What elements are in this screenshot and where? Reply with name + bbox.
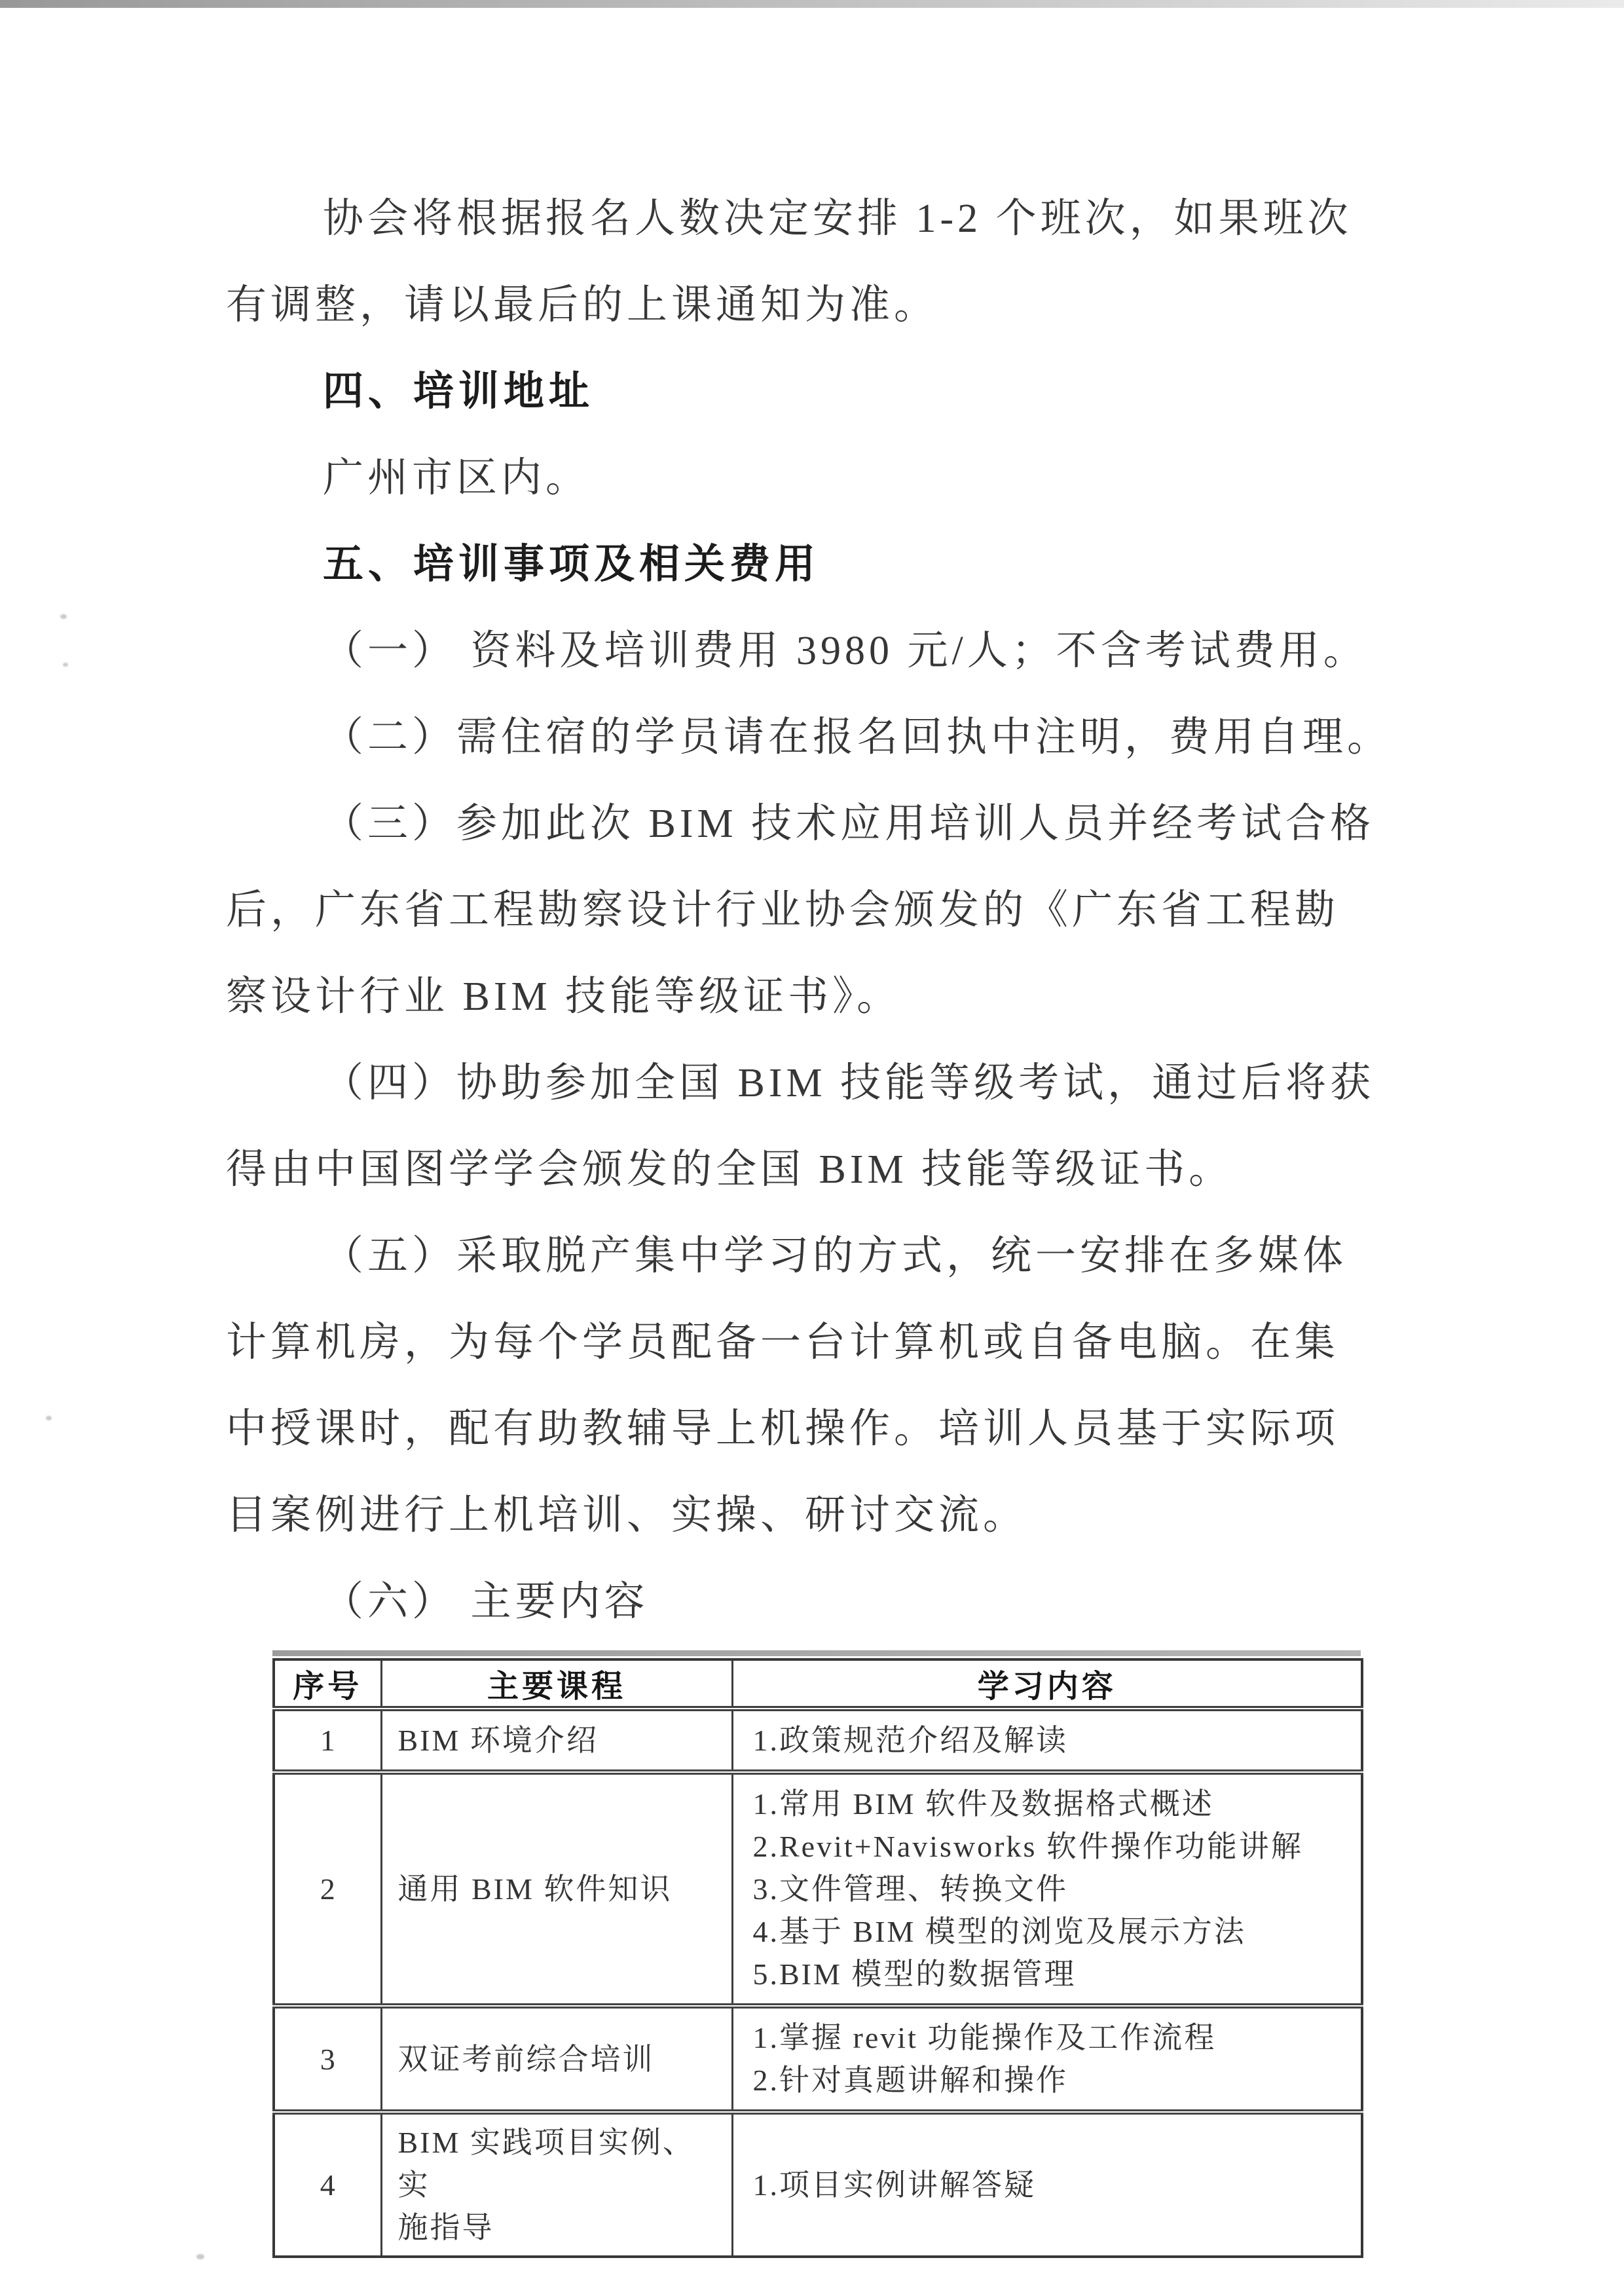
scan-speck [63,663,68,667]
cell-learning-content: 1.政策规范介绍及解读 [732,1709,1362,1772]
paragraph-address: 广州市区内。 [226,435,1401,521]
text-line: （二）需住宿的学员请在报名回执中注明，费用自理。 [226,694,1401,781]
cell-text-line: 2.Revit+Navisworks 软件操作功能讲解 [753,1825,1352,1868]
cell-course: 双证考前综合培训 [381,2006,732,2112]
cell-text-line: 通用 BIM 软件知识 [398,1868,722,1910]
col-header-course: 主要课程 [381,1659,732,1709]
cell-text-line: 1.项目实例讲解答疑 [753,2164,1352,2206]
table-row-4: 4 BIM 实践项目实例、实 施指导 1.项目实例讲解答疑 [274,2112,1362,2257]
paragraph-item-3-provincial-certificate: （三）参加此次 BIM 技术应用培训人员并经考试合格 后，广东省工程勘察设计行业… [226,781,1401,1040]
paragraph-item-6-main-content: （六） 主要内容 [226,1559,1401,1645]
course-table-wrap: 序号 主要课程 学习内容 1 BIM 环境介绍 1.政策规范介绍及解读 2 [272,1650,1361,2258]
paragraph-item-4-national-certificate: （四）协助参加全国 BIM 技能等级考试，通过后将获 得由中国图学学会颁发的全国… [226,1040,1401,1213]
heading-text: 四、培训地址 [226,348,1401,435]
cell-course: BIM 实践项目实例、实 施指导 [381,2112,732,2257]
scan-speck [60,614,67,619]
cell-text-line: BIM 环境介绍 [398,1719,722,1762]
cell-text-line: 3.文件管理、转换文件 [753,1868,1352,1910]
cell-row-no: 3 [274,2006,381,2112]
document-page: 协会将根据报名人数决定安排 1-2 个班次，如果班次 有调整，请以最后的上课通知… [0,0,1624,2258]
cell-text-line: 双证考前综合培训 [398,2038,722,2081]
course-table: 序号 主要课程 学习内容 1 BIM 环境介绍 1.政策规范介绍及解读 2 [272,1658,1363,2258]
paragraph-item-1-fee: （一） 资料及培训费用 3980 元/人；不含考试费用。 [226,608,1401,694]
scan-artifact-table-shadow [272,1650,1361,1656]
paragraph-item-5-study-mode: （五）采取脱产集中学习的方式，统一安排在多媒体 计算机房，为每个学员配备一台计算… [226,1213,1401,1559]
cell-text-line: 2.针对真题讲解和操作 [753,2059,1352,2102]
text-line: 协会将根据报名人数决定安排 1-2 个班次，如果班次 [226,176,1401,262]
heading-section-4-training-address: 四、培训地址 [226,348,1401,435]
text-line: 察设计行业 BIM 技能等级证书》。 [226,954,1401,1040]
cell-row-no: 2 [274,1772,381,2006]
col-header-no: 序号 [274,1659,381,1709]
scan-artifact-top-edge [0,0,1624,8]
cell-course: BIM 环境介绍 [381,1709,732,1772]
cell-text-line: 1.常用 BIM 软件及数据格式概述 [753,1783,1352,1825]
text-line: 有调整，请以最后的上课通知为准。 [226,262,1401,348]
col-header-learning-content: 学习内容 [732,1659,1362,1709]
cell-learning-content: 1.项目实例讲解答疑 [732,2112,1362,2257]
cell-course: 通用 BIM 软件知识 [381,1772,732,2006]
text-line: 广州市区内。 [226,435,1401,521]
scan-speck [46,1416,52,1420]
heading-text: 五、培训事项及相关费用 [226,521,1401,608]
cell-learning-content: 1.掌握 revit 功能操作及工作流程 2.针对真题讲解和操作 [732,2006,1362,2112]
cell-row-no: 1 [274,1709,381,1772]
text-line: 计算机房，为每个学员配备一台计算机或自备电脑。在集 [226,1299,1401,1386]
table-row-1: 1 BIM 环境介绍 1.政策规范介绍及解读 [274,1709,1362,1772]
cell-text-line: 1.掌握 revit 功能操作及工作流程 [753,2016,1352,2059]
text-line: （六） 主要内容 [226,1559,1401,1645]
cell-text-line: 5.BIM 模型的数据管理 [753,1953,1352,1995]
text-line: 目案例进行上机培训、实操、研讨交流。 [226,1472,1401,1559]
cell-text-line: BIM 实践项目实例、实 [398,2121,722,2206]
text-line: （四）协助参加全国 BIM 技能等级考试，通过后将获 [226,1040,1401,1126]
table-header-row: 序号 主要课程 学习内容 [274,1659,1362,1709]
heading-section-5-fees: 五、培训事项及相关费用 [226,521,1401,608]
cell-row-no: 4 [274,2112,381,2257]
paragraph-item-2-accommodation: （二）需住宿的学员请在报名回执中注明，费用自理。 [226,694,1401,781]
cell-text-line: 4.基于 BIM 模型的浏览及展示方法 [753,1910,1352,1953]
cell-text-line: 1.政策规范介绍及解读 [753,1719,1352,1762]
table-row-2: 2 通用 BIM 软件知识 1.常用 BIM 软件及数据格式概述 2.Revit… [274,1772,1362,2006]
text-line: 中授课时，配有助教辅导上机操作。培训人员基于实际项 [226,1386,1401,1472]
text-line: 得由中国图学学会颁发的全国 BIM 技能等级证书。 [226,1126,1401,1213]
text-line: （一） 资料及培训费用 3980 元/人；不含考试费用。 [226,608,1401,694]
paragraph-class-arrangement: 协会将根据报名人数决定安排 1-2 个班次，如果班次 有调整，请以最后的上课通知… [226,176,1401,348]
table-row-3: 3 双证考前综合培训 1.掌握 revit 功能操作及工作流程 2.针对真题讲解… [274,2006,1362,2112]
scan-speck [196,2254,204,2259]
text-line: 后，广东省工程勘察设计行业协会颁发的《广东省工程勘 [226,867,1401,954]
cell-text-line: 施指导 [398,2206,722,2249]
cell-learning-content: 1.常用 BIM 软件及数据格式概述 2.Revit+Navisworks 软件… [732,1772,1362,2006]
text-line: （五）采取脱产集中学习的方式，统一安排在多媒体 [226,1213,1401,1299]
text-line: （三）参加此次 BIM 技术应用培训人员并经考试合格 [226,781,1401,867]
